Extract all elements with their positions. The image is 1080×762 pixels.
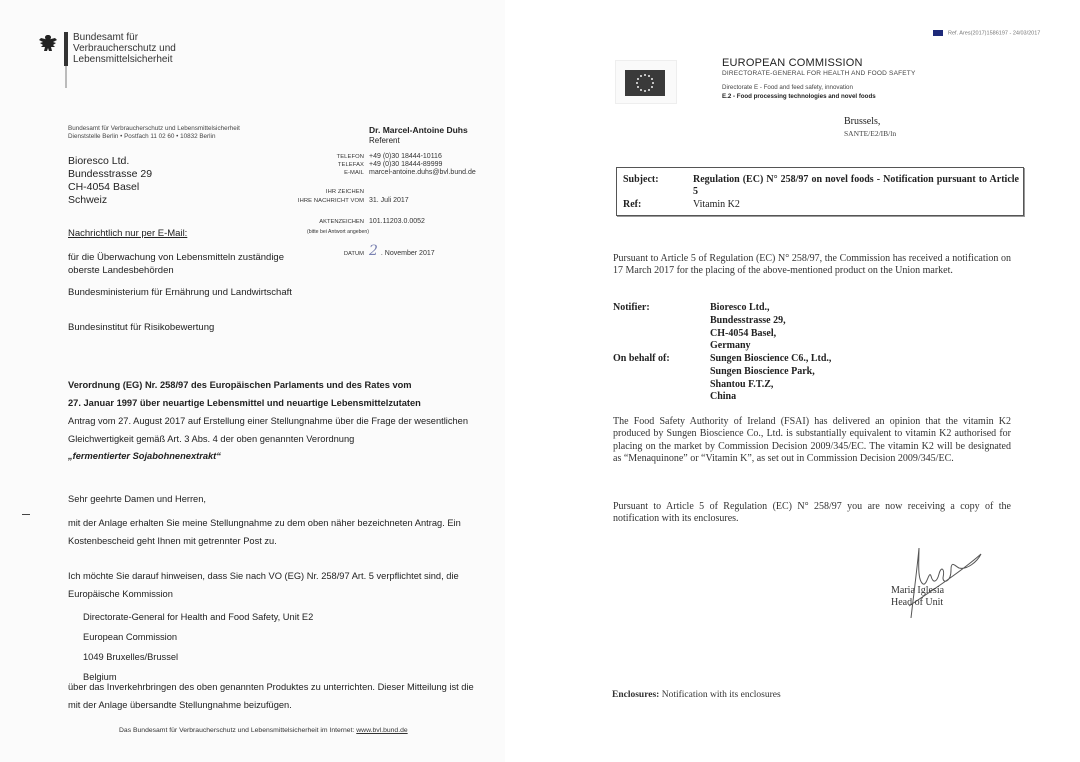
ref-value: Vitamin K2 (693, 199, 1019, 211)
fax-value: +49 (0)30 18444-89999 (369, 161, 442, 168)
federal-eagle-icon (37, 33, 59, 55)
subject-label: Subject: (623, 174, 659, 185)
cc-recipient: Bundesministerium für Ernährung und Land… (68, 287, 298, 300)
email-value[interactable]: marcel-antoine.duhs@bvl.bund.de (369, 169, 476, 176)
body-paragraph-3: Pursuant to Article 5 of Regulation (EC)… (613, 501, 1011, 526)
notifier-line: Germany (710, 340, 786, 353)
unit: E.2 - Food processing technologies and n… (722, 93, 876, 100)
file-number-block: AKTENZEICHEN101.11203.0.0052 (bitte bei … (280, 217, 425, 237)
salutation: Sehr geehrte Damen und Herren, (68, 490, 488, 508)
application-text: Antrag vom 27. August 2017 auf Erstellun… (68, 412, 508, 448)
recipient-line: Bundesstrasse 29 (68, 168, 152, 181)
on-behalf-label: On behalf of: (613, 353, 670, 364)
notifier-line: Bundesstrasse 29, (710, 315, 786, 328)
email-label: E-MAIL (280, 168, 364, 178)
referent-block: Dr. Marcel-Antoine Duhs Referent (369, 125, 468, 146)
footer-text: Das Bundesamt für Verbraucherschutz und … (119, 727, 356, 734)
recipient-line: Bioresco Ltd. (68, 155, 152, 168)
subject-regulation: Verordnung (EG) Nr. 258/97 des Europäisc… (68, 376, 421, 412)
behalf-line: Sungen Bioscience C6., Ltd., (710, 353, 831, 366)
handwritten-day: 2 (369, 243, 378, 259)
notifier-address: Bioresco Ltd., Bundesstrasse 29, CH-4054… (710, 302, 786, 353)
signer-block: Maria Iglesia Head of Unit (891, 585, 944, 609)
body-paragraph-1: mit der Anlage erhalten Sie meine Stellu… (68, 514, 488, 550)
directorate: Directorate E - Food and feed safety, in… (722, 84, 853, 91)
ref-label: Ref: (623, 199, 641, 210)
notifier-line: CH-4054 Basel, (710, 328, 786, 341)
body-paragraph-2: Ich möchte Sie darauf hinweisen, dass Si… (68, 567, 488, 603)
eu-flag-small-icon (933, 30, 943, 36)
enclosures-line: Enclosures: Notification with its enclos… (612, 690, 781, 700)
notifier-line: Bioresco Ltd., (710, 302, 786, 315)
behalf-line: Shantou F.T.Z, (710, 379, 831, 392)
fold-mark (22, 514, 30, 515)
org-title: EUROPEAN COMMISSION (722, 57, 863, 69)
signature-icon (893, 540, 983, 625)
cc-recipient: für die Überwachung von Lebensmitteln zu… (68, 252, 298, 277)
phone-value: +49 (0)30 18444-10116 (369, 153, 442, 160)
notifier-label: Notifier: (613, 302, 650, 313)
date-value: . November 2017 (381, 250, 435, 257)
cc-recipient: Bundesinstitut für Risikobewertung (68, 322, 298, 335)
cc-title: Nachrichtlich nur per E-Mail: (68, 228, 187, 239)
agency-name: Bundesamt für Verbraucherschutz und Lebe… (73, 32, 273, 65)
letter-footer: Das Bundesamt für Verbraucherschutz und … (119, 727, 408, 734)
ares-ref-text: Ref. Ares(2017)1586197 - 24/03/2017 (948, 30, 1040, 36)
agency-name-line: Bundesamt für (73, 32, 273, 43)
behalf-line: China (710, 391, 831, 404)
contact-details: TELEFON+49 (0)30 18444-10116 TELEFAX+49 … (280, 152, 476, 206)
sender-line-2: Dienststelle Berlin • Postfach 11 02 60 … (68, 133, 240, 141)
recipient-line: CH-4054 Basel (68, 181, 152, 194)
address-line: 1049 Bruxelles/Brussel (83, 647, 313, 667)
your-message-date: 31. Juli 2017 (369, 197, 409, 204)
commission-address: Directorate-General for Health and Food … (83, 607, 313, 687)
eu-flag-icon (625, 70, 665, 96)
address-line: European Commission (83, 627, 313, 647)
address-line: Directorate-General for Health and Food … (83, 607, 313, 627)
behalf-line: Sungen Bioscience Park, (710, 366, 831, 379)
agency-name-line: Lebensmittelsicherheit (73, 54, 273, 65)
logo-bar-tail (65, 66, 67, 88)
ec-letter-page: Ref. Ares(2017)1586197 - 24/03/2017 EURO… (555, 0, 1080, 762)
file-reference: SANTE/E2/IB/ln (844, 128, 896, 140)
signer-title: Head of Unit (891, 597, 944, 609)
recipient-address: Bioresco Ltd. Bundesstrasse 29 CH-4054 B… (68, 155, 152, 207)
subject-box: Subject: Regulation (EC) N° 258/97 on no… (616, 167, 1024, 216)
file-number-value: 101.11203.0.0052 (369, 218, 425, 225)
your-message-label: IHRE NACHRICHT VOM (280, 196, 364, 206)
subject-value: Regulation (EC) N° 258/97 on novel foods… (693, 174, 1019, 198)
file-number-note: (bitte bei Antwort angeben) (280, 228, 369, 237)
referent-name: Dr. Marcel-Antoine Duhs (369, 125, 468, 135)
recipient-line: Schweiz (68, 194, 152, 207)
body-paragraph-1: Pursuant to Article 5 of Regulation (EC)… (613, 253, 1011, 278)
website-link[interactable]: www.bvl.bund.de (356, 727, 407, 734)
subject-line-1: Verordnung (EG) Nr. 258/97 des Europäisc… (68, 376, 421, 394)
on-behalf-address: Sungen Bioscience C6., Ltd., Sungen Bios… (710, 353, 831, 404)
bvl-letter-page: Bundesamt für Verbraucherschutz und Lebe… (0, 0, 505, 762)
enclosures-label: Enclosures: (612, 690, 659, 700)
date-block: DATUM2. November 2017 (280, 243, 435, 259)
place: Brussels, (844, 116, 896, 128)
body-paragraph-3: über das Inverkehrbringen des oben genan… (68, 678, 488, 714)
referent-title: Referent (369, 136, 468, 146)
body-paragraph-2: The Food Safety Authority of Ireland (FS… (613, 416, 1011, 465)
directorate-general: DIRECTORATE-GENERAL FOR HEALTH AND FOOD … (722, 70, 916, 77)
subject-line-2: 27. Januar 1997 über neuartige Lebensmit… (68, 394, 421, 412)
place-and-ref: Brussels, SANTE/E2/IB/ln (844, 116, 896, 140)
agency-name-line: Verbraucherschutz und (73, 43, 273, 54)
logo-bar (64, 32, 68, 66)
ares-reference: Ref. Ares(2017)1586197 - 24/03/2017 (933, 30, 1040, 36)
signer-name: Maria Iglesia (891, 585, 944, 597)
enclosures-value: Notification with its enclosures (659, 690, 780, 700)
sender-line-1: Bundesamt für Verbraucherschutz und Lebe… (68, 125, 240, 133)
product-name: „fermentierter Sojabohnenextrakt“ (68, 451, 221, 461)
sender-return-address: Bundesamt für Verbraucherschutz und Lebe… (68, 125, 240, 141)
file-number-label: AKTENZEICHEN (280, 218, 364, 227)
